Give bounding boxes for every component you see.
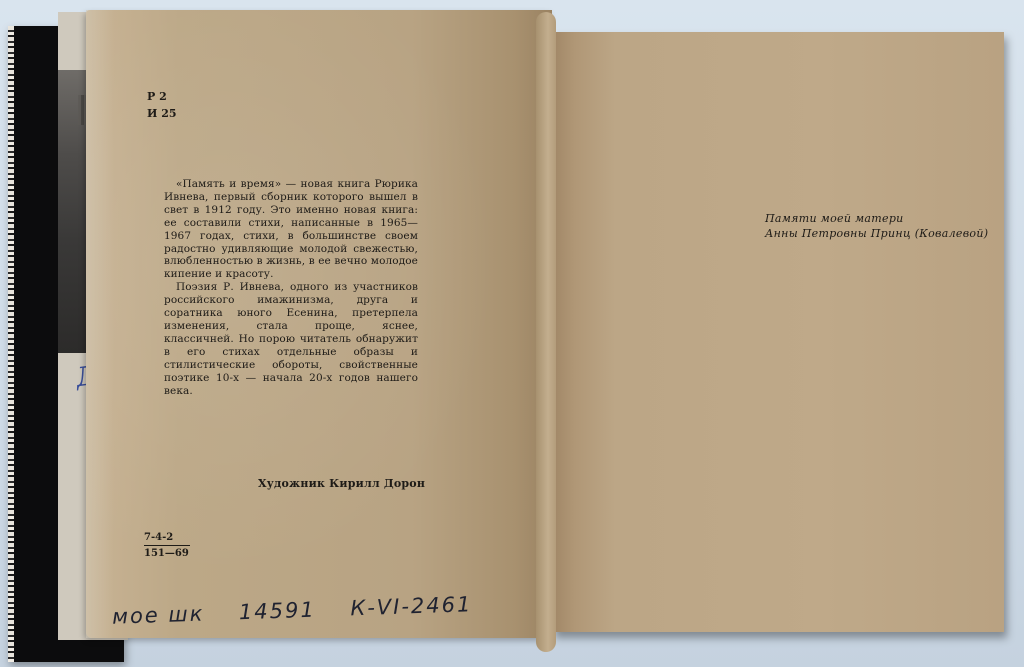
classification-line: Р 2 <box>147 88 177 105</box>
dedication-line: Анны Петровны Принц (Ковалевой) <box>765 226 988 241</box>
artist-credit: Художник Кирилл Дорон <box>258 477 425 490</box>
book-photo: Д Р 2 И 25 «Память и время» — новая книг… <box>0 0 1024 667</box>
classification-code: Р 2 И 25 <box>147 88 177 122</box>
classification-line: И 25 <box>147 105 177 122</box>
dedication: Памяти моей матери Анны Петровны Принц (… <box>765 211 988 241</box>
annotation-paragraph: «Память и время» — новая книга Рюрика Ив… <box>164 178 418 281</box>
publisher-code: 7-4-2 151—69 <box>144 530 190 561</box>
handwritten-note: 14591 <box>238 598 316 625</box>
handwritten-note: мое шк <box>112 602 205 629</box>
handwritten-note: К-VI-2461 <box>350 592 473 620</box>
book-gutter <box>536 12 556 652</box>
publisher-code-numerator: 7-4-2 <box>144 530 190 546</box>
dedication-line: Памяти моей матери <box>765 211 988 226</box>
book-annotation: «Память и время» — новая книга Рюрика Ив… <box>164 178 418 397</box>
publisher-code-denominator: 151—69 <box>144 548 189 559</box>
annotation-paragraph: Поэзия Р. Ивнева, одного из участников р… <box>164 281 418 397</box>
right-page <box>552 32 1004 632</box>
